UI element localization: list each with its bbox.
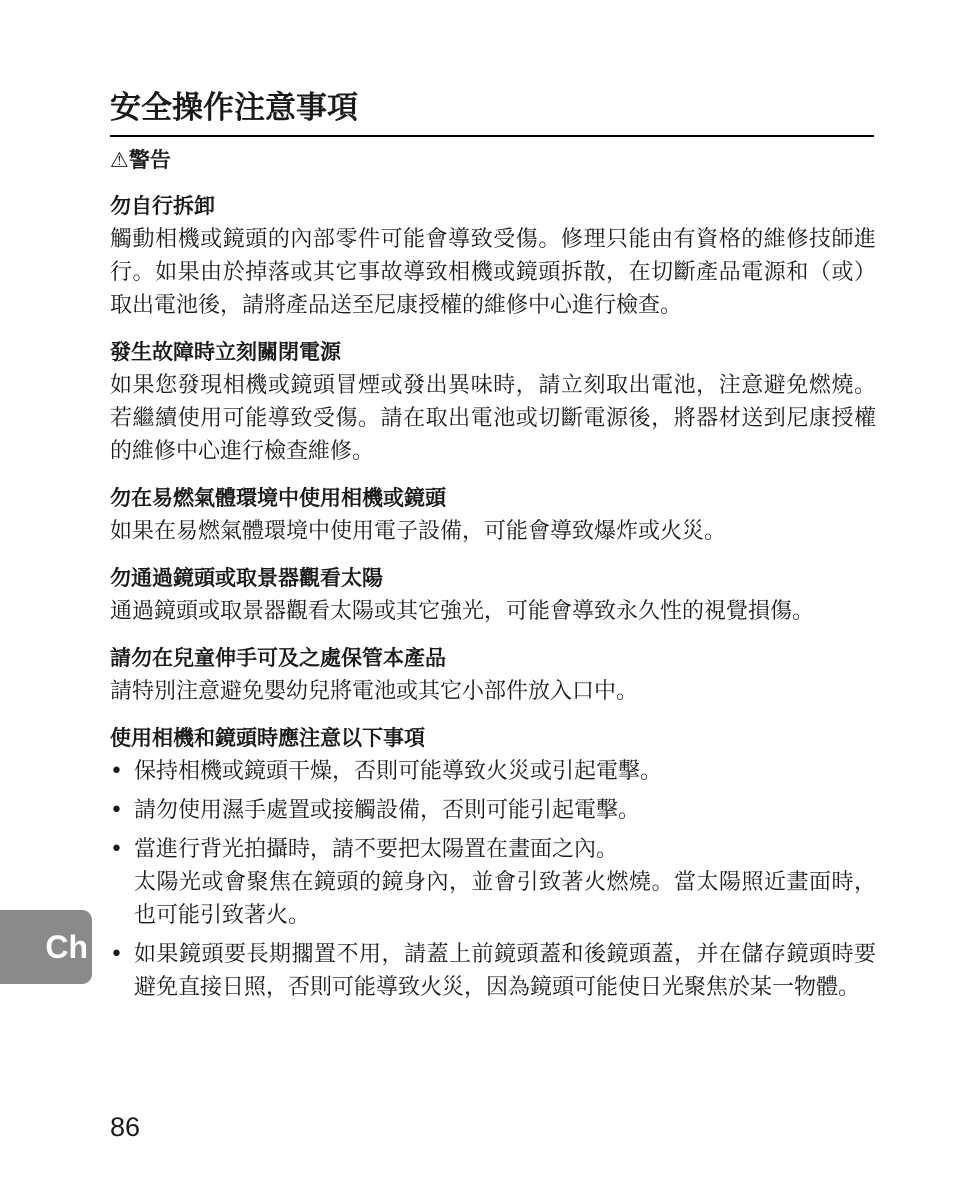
list-item: •如果鏡頭要長期擱置不用，請蓋上前鏡頭蓋和後鏡頭蓋，并在儲存鏡頭時要避免直接日照… — [110, 938, 876, 1004]
bullet-icon: • — [110, 794, 123, 827]
bullet-icon: • — [110, 938, 123, 971]
section-malfunction: 發生故障時立刻關閉電源 如果您發現相機或鏡頭冒煙或發出異味時，請立刻取出電池，注… — [110, 336, 876, 468]
precaution-list: •保持相機或鏡頭干燥，否則可能導致火災或引起電擊。 •請勿使用濕手處置或接觸設備… — [110, 755, 876, 1004]
section-children: 請勿在兒童伸手可及之處保管本產品 請特別注意避免嬰幼兒將電池或其它小部件放入口中… — [110, 642, 876, 708]
bullet-icon: • — [110, 755, 123, 788]
content: 勿自行拆卸 觸動相機或鏡頭的內部零件可能會導致受傷。修理只能由有資格的維修技師進… — [110, 190, 876, 1018]
section-title: 勿在易燃氣體環境中使用相機或鏡頭 — [110, 482, 876, 515]
title-divider — [110, 135, 874, 137]
section-body: 如果您發現相機或鏡頭冒煙或發出異味時，請立刻取出電池，注意避免燃燒。若繼續使用可… — [110, 369, 876, 468]
warning-heading: ⚠警告 — [110, 146, 171, 174]
bullet-icon: • — [110, 833, 123, 866]
section-title: 發生故障時立刻關閉電源 — [110, 336, 876, 369]
section-body: 觸動相機或鏡頭的內部零件可能會導致受傷。修理只能由有資格的維修技師進行。如果由於… — [110, 223, 876, 322]
language-tab-label: Ch — [45, 929, 92, 966]
page-title: 安全操作注意事項 — [110, 88, 358, 128]
section-body: 如果在易燃氣體環境中使用電子設備，可能會導致爆炸或火災。 — [110, 515, 876, 548]
list-item-note: 太陽光或會聚焦在鏡頭的鏡身內，並會引致著火燃燒。當太陽照近畫面時，也可能引致著火… — [134, 866, 876, 932]
section-title: 使用相機和鏡頭時應注意以下事項 — [110, 722, 876, 755]
list-item: •保持相機或鏡頭干燥，否則可能導致火災或引起電擊。 — [110, 755, 876, 788]
section-body: 請特別注意避免嬰幼兒將電池或其它小部件放入口中。 — [110, 675, 876, 708]
section-title: 勿通過鏡頭或取景器觀看太陽 — [110, 562, 876, 595]
section-flammable-gas: 勿在易燃氣體環境中使用相機或鏡頭 如果在易燃氣體環境中使用電子設備，可能會導致爆… — [110, 482, 876, 548]
page-number: 86 — [110, 1110, 140, 1144]
section-sun: 勿通過鏡頭或取景器觀看太陽 通過鏡頭或取景器觀看太陽或其它強光，可能會導致永久性… — [110, 562, 876, 628]
section-title: 勿自行拆卸 — [110, 190, 876, 223]
list-item: •請勿使用濕手處置或接觸設備，否則可能引起電擊。 — [110, 794, 876, 827]
list-item: •當進行背光拍攝時，請不要把太陽置在畫面之內。太陽光或會聚焦在鏡頭的鏡身內，並會… — [110, 833, 876, 932]
section-disassembly: 勿自行拆卸 觸動相機或鏡頭的內部零件可能會導致受傷。修理只能由有資格的維修技師進… — [110, 190, 876, 322]
section-title: 請勿在兒童伸手可及之處保管本產品 — [110, 642, 876, 675]
language-tab: Ch — [0, 910, 92, 984]
section-body: 通過鏡頭或取景器觀看太陽或其它強光，可能會導致永久性的視覺損傷。 — [110, 595, 876, 628]
section-precautions: 使用相機和鏡頭時應注意以下事項 •保持相機或鏡頭干燥，否則可能導致火災或引起電擊… — [110, 722, 876, 1004]
